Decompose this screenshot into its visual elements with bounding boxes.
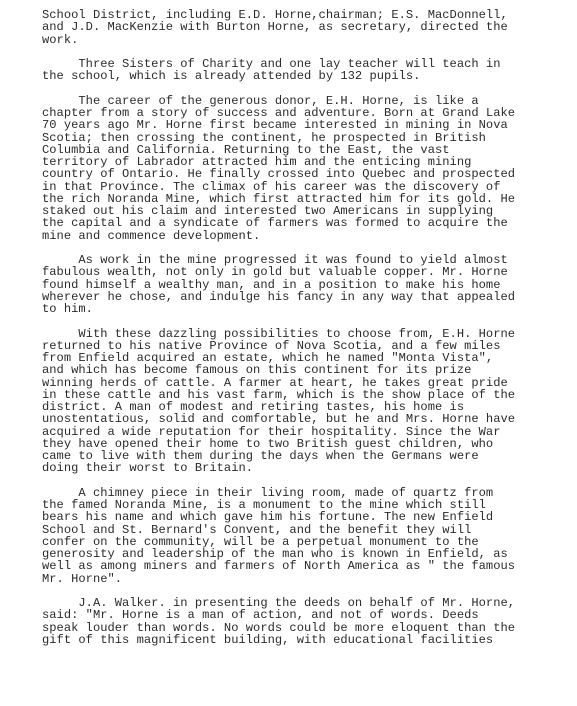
text-line: well as among miners and farmers of Nort… <box>42 560 572 572</box>
text-line: the capital and a syndicate of farmers w… <box>42 217 572 229</box>
text-line: fabulous wealth, not only in gold but va… <box>42 266 572 278</box>
text-line: Scotia; then crossing the continent, he … <box>42 132 572 144</box>
text-line: School and St. Bernard's Convent, and th… <box>42 524 572 536</box>
paragraph: School District, including E.D. Horne,ch… <box>42 9 572 46</box>
text-line: wherever he chose, and indulge his fancy… <box>42 291 572 303</box>
text-line: winning herds of cattle. A farmer at hea… <box>42 377 572 389</box>
text-line: doing their worst to Britain. <box>42 462 572 474</box>
text-line: and which has become famous on this cont… <box>42 364 572 376</box>
text-line: mine and commence development. <box>42 230 572 242</box>
text-line: said: "Mr. Horne is a man of action, and… <box>42 609 572 621</box>
text-line: found himself a wealthy man, and in a po… <box>42 279 572 291</box>
text-line: Mr. Horne". <box>42 573 572 585</box>
text-line: 70 years ago Mr. Horne first became inte… <box>42 119 572 131</box>
text-line: country of Ontario. He finally crossed i… <box>42 168 572 180</box>
text-line: and J.D. MacKenzie with Burton Horne, as… <box>42 21 572 33</box>
paragraph: Three Sisters of Charity and one lay tea… <box>42 58 572 83</box>
text-line: speak louder than words. No words could … <box>42 622 572 634</box>
text-line: the school, which is already attended by… <box>42 70 572 82</box>
paragraph: The career of the generous donor, E.H. H… <box>42 95 572 242</box>
text-line: work. <box>42 34 572 46</box>
text-line: bears his name and which gave him his fo… <box>42 511 572 523</box>
paragraph: With these dazzling possibilities to cho… <box>42 328 572 475</box>
text-line: acquired a wide reputation for their hos… <box>42 426 572 438</box>
text-line: to him. <box>42 303 572 315</box>
paragraph: A chimney piece in their living room, ma… <box>42 487 572 585</box>
document-page: School District, including E.D. Horne,ch… <box>42 9 572 658</box>
text-line: With these dazzling possibilities to cho… <box>42 328 572 340</box>
text-line: unostentatious, solid and comfortable, b… <box>42 413 572 425</box>
text-line: gift of this magnificent building, with … <box>42 634 572 646</box>
paragraph: As work in the mine progressed it was fo… <box>42 254 572 315</box>
text-line: in that Province. The climax of his care… <box>42 181 572 193</box>
paragraph: J.A. Walker. in presenting the deeds on … <box>42 597 572 646</box>
